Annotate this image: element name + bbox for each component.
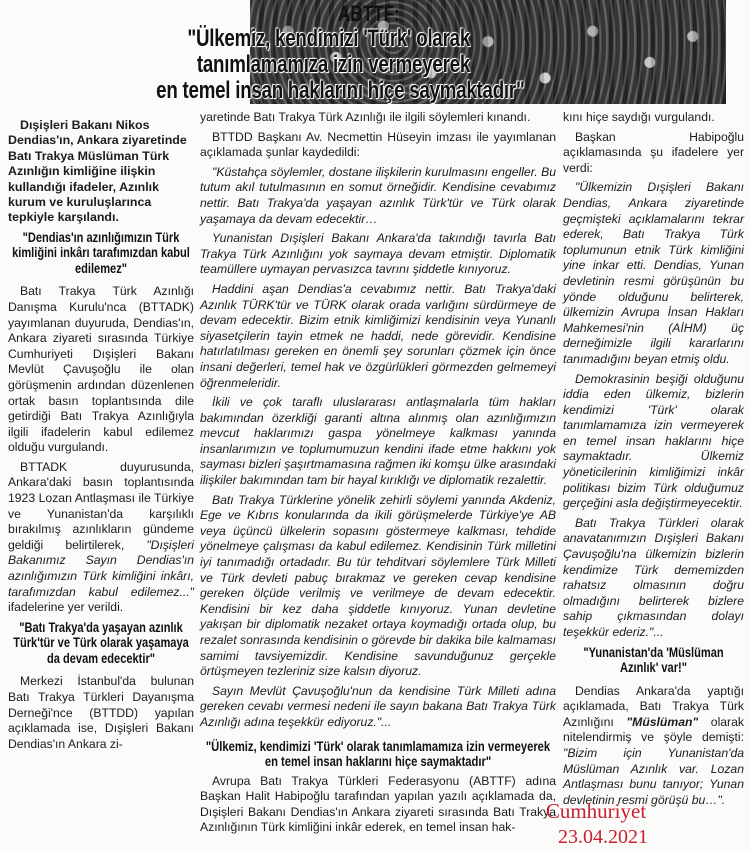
headline-line: tanımlamamıza izin vermeyerek [103, 52, 470, 78]
paragraph: Avrupa Batı Trakya Türkleri Federasyonu … [200, 774, 556, 836]
quote-paragraph: Batı Trakya Türkleri olarak anavatanımız… [563, 516, 744, 641]
paragraph: BTTADK duyurusunda, Ankara'daki basın to… [8, 460, 194, 616]
source-name: Cumhuriyet [536, 798, 656, 824]
paragraph: kını hiçe saydığı vurgulandı. [563, 110, 744, 126]
column-2: yaretinde Batı Trakya Türk Azınlığı ile … [200, 110, 556, 840]
source-date: 23.04.2021 [536, 824, 656, 850]
source-stamp: Cumhuriyet 23.04.2021 [536, 798, 656, 850]
headline-kicker: ABTTF: [103, 2, 470, 26]
subheading: "Batı Trakya'da yaşayan azınlık Türk'tür… [10, 620, 192, 667]
quote-paragraph: "Küstahça söylemler, dostane ilişkilerin… [200, 165, 556, 227]
column-3: kını hiçe saydığı vurgulandı. Başkan Hab… [563, 110, 744, 812]
quote-paragraph: Demokrasinin beşiği olduğunu iddia eden … [563, 372, 744, 512]
quote-paragraph: "Ülkemizin Dışişleri Bakanı Dendias, Ank… [563, 180, 744, 367]
headline-line: en temel insan haklarını hiçe saymaktadı… [103, 78, 524, 104]
paragraph: yaretinde Batı Trakya Türk Azınlığı ile … [200, 110, 556, 126]
quote-paragraph: Sayın Mevlüt Çavuşoğlu'nun da kendisine … [200, 684, 556, 731]
column-1: Dışişleri Bakanı Nikos Dendias'ın, Ankar… [8, 118, 194, 756]
headline: ABTTF: "Ülkemiz, kendimizi 'Türk' olarak… [103, 2, 470, 104]
paragraph: BTTDD Başkanı Av. Necmettin Hüseyin imza… [200, 130, 556, 161]
headline-line: "Ülkemiz, kendimizi 'Türk' olarak [103, 26, 470, 52]
quote-paragraph: Yunanistan Dışişleri Bakanı Ankara'da ta… [200, 231, 556, 278]
subheading: "Yunanistan'da 'Müslüman Azınlık' var!" [565, 645, 743, 676]
quote-paragraph: Haddini aşan Dendias'a cevabımız nettir.… [200, 282, 556, 391]
paragraph: Başkan Habipoğlu açıklamasında şu ifadel… [563, 130, 744, 177]
lead-paragraph: Dışişleri Bakanı Nikos Dendias'ın, Ankar… [8, 118, 194, 226]
quote-paragraph: Batı Trakya Türklerine yönelik zehirli s… [200, 493, 556, 680]
subheading: "Ülkemiz, kendimizi 'Türk' olarak tanıml… [204, 739, 553, 770]
paragraph: Batı Trakya Türk Azınlığı Danışma Kurulu… [8, 284, 194, 456]
subheading: "Dendias'ın azınlığımızın Türk kimliğini… [10, 230, 192, 277]
emphasis: "Müslüman" [626, 715, 698, 729]
text: ifadelerine yer verildi. [8, 600, 123, 614]
paragraph: Dendias Ankara'da yaptığı açıklamada, Ba… [563, 684, 744, 809]
paragraph: Merkezi İstanbul'da bulunan Batı Trakya … [8, 674, 194, 752]
quote-paragraph: İkili ve çok taraflı uluslararası antlaş… [200, 395, 556, 489]
